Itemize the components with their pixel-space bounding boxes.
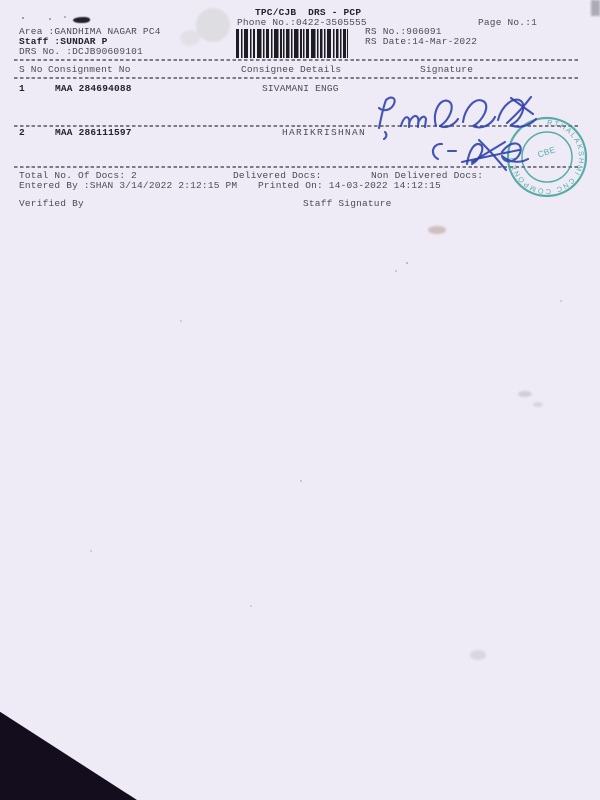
scan-speck (497, 60, 500, 62)
scan-speck (406, 262, 408, 264)
dashed-divider (14, 59, 580, 61)
scan-smudge (518, 391, 532, 397)
page-corner-fold (0, 710, 137, 800)
column-header-signature: Signature (420, 65, 473, 75)
scan-speck (395, 270, 397, 272)
scan-speck (90, 550, 92, 552)
staff-signature-label: Staff Signature (303, 199, 392, 209)
scan-speck (64, 16, 66, 18)
scan-smudge (180, 30, 200, 46)
scan-smudge (196, 8, 230, 42)
ink-blot (73, 17, 90, 23)
row-consignment-no: MAA 284694088 (55, 84, 132, 94)
barcode-icon (236, 29, 348, 58)
scan-smudge (533, 402, 543, 407)
phone-number: Phone No.:0422-3505555 (237, 18, 367, 28)
scan-speck (250, 605, 252, 607)
scan-smudge (470, 650, 486, 660)
edge-tear-mark (591, 0, 600, 16)
row-consignment-no: MAA 286111597 (55, 128, 132, 138)
scan-speck (49, 18, 51, 20)
scanned-delivery-run-sheet: TPC/CJB DRS - PCP Phone No.:0422-3505555… (0, 0, 600, 800)
column-header-sno: S No (19, 65, 43, 75)
row-sno: 1 (19, 84, 25, 94)
scan-speck (180, 320, 182, 322)
scan-smudge (428, 226, 446, 234)
page-number: Page No.:1 (478, 18, 537, 28)
scan-speck (300, 480, 302, 482)
scan-speck (560, 300, 562, 302)
verified-by-label: Verified By (19, 199, 84, 209)
drs-number-field: DRS No. :DCJB90609101 (19, 47, 143, 57)
printed-on-field: Printed On: 14-03-2022 14:12:15 (258, 181, 441, 191)
row-sno: 2 (19, 128, 25, 138)
dashed-divider (14, 77, 580, 79)
scan-speck (22, 17, 24, 19)
entered-by-field: Entered By :SHAN 3/14/2022 2:12:15 PM (19, 181, 237, 191)
rs-date-field: RS Date:14-Mar-2022 (365, 37, 477, 47)
column-header-consignment: Consignment No (48, 65, 131, 75)
row-consignee: SIVAMANI ENGG (262, 84, 339, 94)
column-header-consignee: Consignee Details (241, 65, 341, 75)
